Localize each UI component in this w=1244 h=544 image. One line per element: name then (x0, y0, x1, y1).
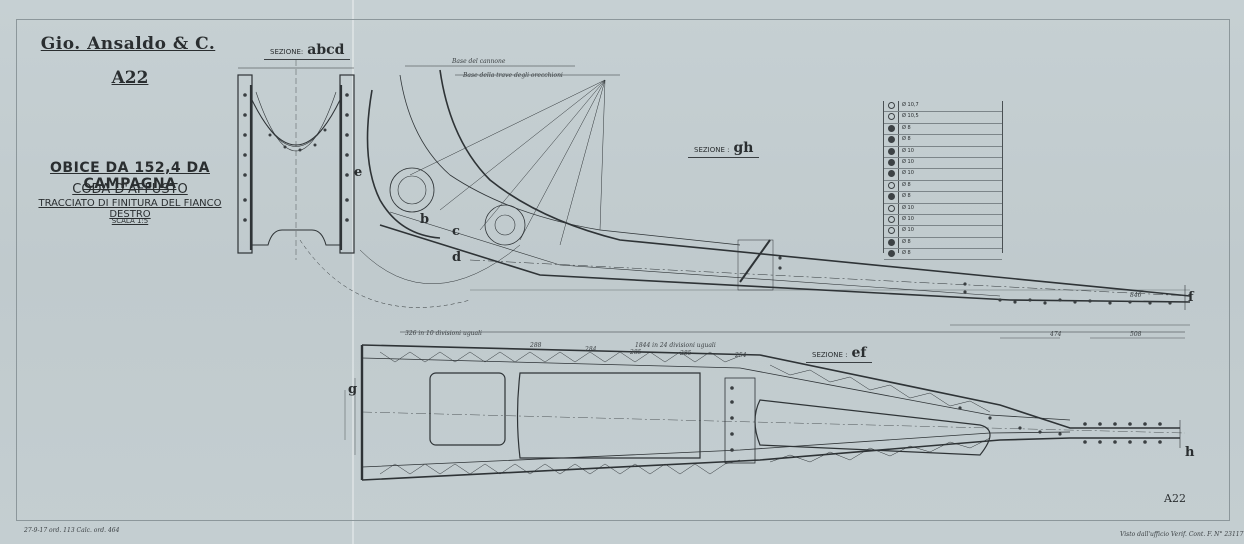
dimension-3: 285 (630, 349, 641, 356)
legend-row: Ø 8 (884, 135, 1002, 146)
legend-label: Ø 8 (902, 250, 911, 256)
side-elevation-drawing (368, 66, 1191, 338)
plan-view-drawing (345, 332, 1185, 480)
rivet-filled-icon (888, 148, 895, 155)
legend-row: Ø 8 (884, 181, 1002, 192)
section-mark-d: d (452, 250, 461, 265)
legend-label: Ø 10,7 (902, 102, 919, 108)
legend-label: Ø 8 (902, 193, 911, 199)
rivet-filled-icon (888, 170, 895, 177)
section-mark-h: h (1185, 445, 1194, 460)
legend-row: Ø 10,5 (884, 112, 1002, 123)
section-mark-c: c (452, 224, 460, 239)
footer-right-note: Visto dall'ufficio Verif. Cont. F. N° 23… (1120, 531, 1243, 538)
legend-label: Ø 10 (902, 159, 914, 165)
corner-drawing-code: A22 (1164, 492, 1186, 505)
legend-row: Ø 10 (884, 215, 1002, 226)
legend-row: Ø 10 (884, 158, 1002, 169)
legend-label: Ø 8 (902, 239, 911, 245)
rivet-open-icon (888, 216, 895, 223)
legend-label: Ø 10 (902, 170, 914, 176)
rivet-open-icon (888, 102, 895, 109)
legend-label: Ø 8 (902, 125, 911, 131)
legend-row: Ø 8 (884, 249, 1002, 260)
tail-dimension-3: 508 (1130, 331, 1141, 338)
tail-dimension-1: 846 (1130, 292, 1141, 299)
legend-row: Ø 8 (884, 124, 1002, 135)
dimension-5: 254 (735, 352, 746, 359)
annotation-divisions-2: 1844 in 24 divisioni uguali (635, 342, 716, 349)
legend-row: Ø 10 (884, 226, 1002, 237)
technical-drawing (0, 0, 1244, 544)
dimension-4: 285 (680, 350, 691, 357)
legend-row: Ø 8 (884, 192, 1002, 203)
legend-label: Ø 8 (902, 182, 911, 188)
footer-left-note: 27-9-17 ord. 113 Calc. ord. 464 (24, 527, 119, 534)
annotation-base-trave: Base della trave degli orecchioni (463, 72, 563, 79)
section-mark-a: e (354, 165, 362, 180)
section-mark-g: g (348, 382, 357, 397)
blueprint-sheet: Gio. Ansaldo & C. A22 OBICE DA 152,4 DA … (0, 0, 1244, 544)
rivet-open-icon (888, 227, 895, 234)
section-abcd-drawing (238, 60, 354, 260)
legend-label: Ø 8 (902, 136, 911, 142)
legend-label: Ø 10,5 (902, 113, 919, 119)
rivet-filled-icon (888, 250, 895, 257)
rivet-filled-icon (888, 159, 895, 166)
rivet-open-icon (888, 205, 895, 212)
legend-label: Ø 10 (902, 205, 914, 211)
section-mark-f: f (1188, 290, 1194, 305)
dimension-1: 288 (530, 342, 541, 349)
legend-row: Ø 8 (884, 238, 1002, 249)
rivet-filled-icon (888, 136, 895, 143)
rivet-filled-icon (888, 239, 895, 246)
legend-row: Ø 10 (884, 169, 1002, 180)
section-mark-b: b (420, 212, 429, 227)
legend-label: Ø 10 (902, 148, 914, 154)
rivet-filled-icon (888, 193, 895, 200)
legend-row: Ø 10,7 (884, 101, 1002, 112)
legend-row: Ø 10 (884, 147, 1002, 158)
annotation-divisions-1: 326 in 10 divisioni uguali (405, 330, 482, 337)
annotation-base-cannone: Base del cannone (452, 58, 505, 65)
tail-dimension-2: 474 (1050, 331, 1061, 338)
rivet-filled-icon (888, 125, 895, 132)
legend-label: Ø 10 (902, 227, 914, 233)
legend-label: Ø 10 (902, 216, 914, 222)
rivet-open-icon (888, 113, 895, 120)
rivet-legend: Ø 10,7 Ø 10,5 Ø 8 Ø 8 Ø 10 Ø 10 Ø 10 Ø 8… (883, 101, 1003, 253)
dimension-2: 284 (585, 346, 596, 353)
legend-row: Ø 10 (884, 204, 1002, 215)
rivet-open-icon (888, 182, 895, 189)
